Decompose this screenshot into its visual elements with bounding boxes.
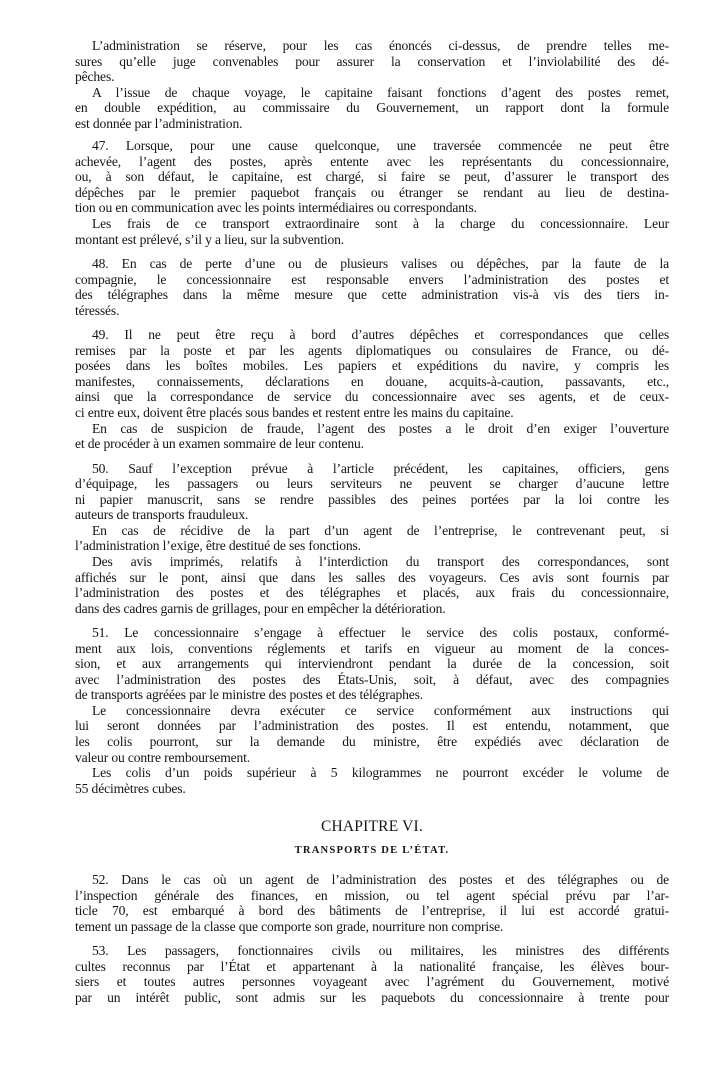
text-line: les colis pourront, sur la demande du mi…	[75, 734, 669, 750]
document-page: L’administration se réserve, pour les ca…	[75, 38, 669, 1006]
article-48: 48. En cas de perte d’une ou de plusieur…	[75, 256, 669, 318]
text-line: compagnie, le concessionnaire est respon…	[75, 272, 669, 288]
article-49: 49. Il ne peut être reçu à bord d’autres…	[75, 327, 669, 420]
text-line: tion ou en communication avec les points…	[75, 200, 669, 216]
text-line: l’inspection générale des finances, en m…	[75, 888, 669, 904]
paragraph-administration-reserve: L’administration se réserve, pour les ca…	[75, 38, 669, 85]
text-line: d’équipage, les passagers ou leurs servi…	[75, 476, 669, 492]
text-line: sion, et aux arrangements qui interviend…	[75, 656, 669, 672]
text-line: pêches.	[75, 69, 669, 85]
text-line: 50. Sauf l’exception prévue à l’article …	[75, 461, 669, 477]
text-line: posées dans les boîtes mobiles. Les papi…	[75, 358, 669, 374]
paragraph-rapport-voyage: A l’issue de chaque voyage, le capitaine…	[75, 85, 669, 132]
text-line: 51. Le concessionnaire s’engage à effect…	[75, 625, 669, 641]
text-line: manifestes, connaissements, déclarations…	[75, 374, 669, 390]
text-line: en double expédition, au commissaire du …	[75, 100, 669, 116]
text-line: 48. En cas de perte d’une ou de plusieur…	[75, 256, 669, 272]
text-line: ment aux lois, conventions réglements et…	[75, 641, 669, 657]
text-line: ticle 70, est embarqué à bord des bâtime…	[75, 903, 669, 919]
article-53: 53. Les passagers, fonctionnaires civils…	[75, 943, 669, 1005]
text-line: de transports agréées par le ministre de…	[75, 687, 669, 703]
text-line: téressés.	[75, 303, 669, 319]
text-line: En cas de suspicion de fraude, l’agent d…	[75, 421, 669, 437]
text-line: cultes reconnus par l’État et appartenan…	[75, 959, 669, 975]
text-line: est donnée par l’administration.	[75, 116, 669, 132]
article-50: 50. Sauf l’exception prévue à l’article …	[75, 461, 669, 523]
text-line: ci entre eux, doivent être placés sous b…	[75, 405, 669, 421]
text-line: 49. Il ne peut être reçu à bord d’autres…	[75, 327, 669, 343]
text-line: 55 décimètres cubes.	[75, 781, 669, 797]
text-line: 52. Dans le cas où un agent de l’adminis…	[75, 872, 669, 888]
text-line: lui seront données par l’administration …	[75, 718, 669, 734]
text-line: des télégraphes dans la même mesure que …	[75, 287, 669, 303]
paragraph-colis-instructions: Le concessionnaire devra exécuter ce ser…	[75, 703, 669, 765]
text-line: et de procéder à un examen sommaire de l…	[75, 436, 669, 452]
text-line: remises par la poste et par les agents d…	[75, 343, 669, 359]
text-line: dans des cadres garnis de grillages, pou…	[75, 601, 669, 617]
text-line: ainsi que la correspondance de service d…	[75, 389, 669, 405]
text-line: dépêches par le premier paquebot françai…	[75, 185, 669, 201]
paragraph-recidive: En cas de récidive de la part d’un agent…	[75, 523, 669, 554]
text-line: avec l’administration des postes des Éta…	[75, 672, 669, 688]
text-line: affichés sur le pont, ainsi que dans les…	[75, 570, 669, 586]
text-line: l’administration l’exige, être destitué …	[75, 538, 669, 554]
article-47: 47. Lorsque, pour une cause quelconque, …	[75, 138, 669, 216]
text-line: ni papier manuscrit, sans se rendre pass…	[75, 492, 669, 508]
text-line: valeur ou contre remboursement.	[75, 750, 669, 766]
text-line: l’administration des postes et des télég…	[75, 585, 669, 601]
text-line: A l’issue de chaque voyage, le capitaine…	[75, 85, 669, 101]
text-line: achevée, l’agent des postes, après enten…	[75, 154, 669, 170]
text-line: auteurs de transports frauduleux.	[75, 507, 669, 523]
text-line: siers et toutes autres personnes voyagea…	[75, 974, 669, 990]
text-line: Les colis d’un poids supérieur à 5 kilog…	[75, 765, 669, 781]
text-line: par un intérêt public, sont admis sur le…	[75, 990, 669, 1006]
section-title: TRANSPORTS DE L’ÉTAT.	[75, 844, 669, 858]
text-line: montant est prélevé, s’il y a lieu, sur …	[75, 232, 669, 248]
paragraph-suspicion-fraude: En cas de suspicion de fraude, l’agent d…	[75, 421, 669, 452]
text-line: En cas de récidive de la part d’un agent…	[75, 523, 669, 539]
text-line: tement un passage de la classe que compo…	[75, 919, 669, 935]
text-line: Les frais de ce transport extraordinaire…	[75, 216, 669, 232]
article-51: 51. Le concessionnaire s’engage à effect…	[75, 625, 669, 703]
text-line: 47. Lorsque, pour une cause quelconque, …	[75, 138, 669, 154]
paragraph-colis-poids: Les colis d’un poids supérieur à 5 kilog…	[75, 765, 669, 796]
text-line: 53. Les passagers, fonctionnaires civils…	[75, 943, 669, 959]
text-line: sures qu’elle juge convenables pour assu…	[75, 54, 669, 70]
paragraph-frais-transport: Les frais de ce transport extraordinaire…	[75, 216, 669, 247]
text-line: Le concessionnaire devra exécuter ce ser…	[75, 703, 669, 719]
article-52: 52. Dans le cas où un agent de l’adminis…	[75, 872, 669, 934]
text-line: Des avis imprimés, relatifs à l’interdic…	[75, 554, 669, 570]
paragraph-avis-imprimes: Des avis imprimés, relatifs à l’interdic…	[75, 554, 669, 616]
chapter-heading: CHAPITRE VI.	[75, 818, 669, 836]
text-line: L’administration se réserve, pour les ca…	[75, 38, 669, 54]
text-line: ou, à son défaut, le capitaine, est char…	[75, 169, 669, 185]
